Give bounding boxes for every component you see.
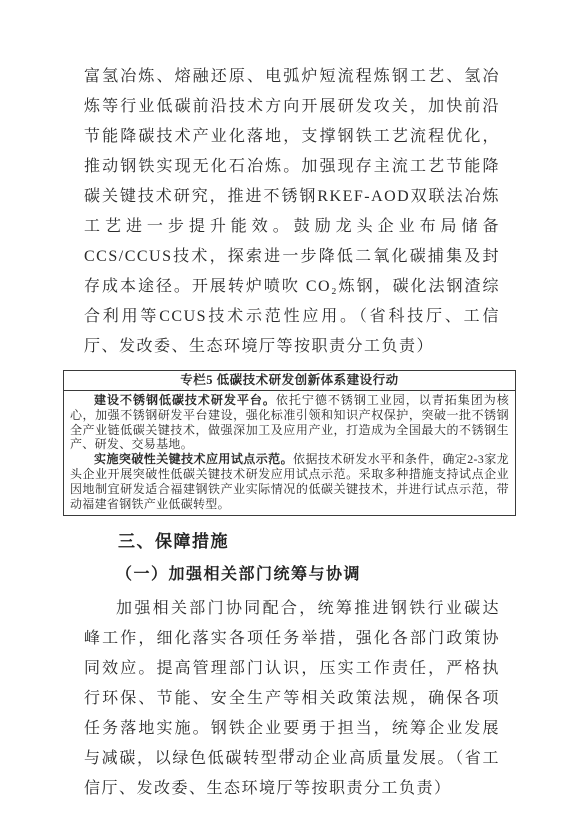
subsection-heading-coordination: （一）加强相关部门统筹与协调 xyxy=(84,564,500,586)
paragraph-lowcarbon-tech-research: 富氢冶炼、熔融还原、电弧炉短流程炼钢工艺、氢冶炼等行业低碳前沿技术方向开展研发攻… xyxy=(84,62,500,362)
callout-paragraph-pilot-lead: 实施突破性关键技术应用试点示范。 xyxy=(94,452,293,466)
callout-paragraph-platform-lead: 建设不锈钢低碳技术研发平台。 xyxy=(94,393,276,407)
callout-box-title: 专栏5 低碳技术研发创新体系建设行动 xyxy=(64,371,515,391)
document-page: 富氢冶炼、熔融还原、电弧炉短流程炼钢工艺、氢冶炼等行业低碳前沿技术方向开展研发攻… xyxy=(0,0,578,818)
section-heading-safeguards: 三、保障措施 xyxy=(84,531,500,553)
callout-paragraph-pilot: 实施突破性关键技术应用试点示范。依据技术研发水平和条件，确定2-3家龙头企业开展… xyxy=(70,452,509,511)
callout-paragraph-platform: 建设不锈钢低碳技术研发平台。依托宁德不锈钢工业园，以青拓集团为核心，加强不锈钢研… xyxy=(70,393,509,452)
paragraph-department-coordination: 加强相关部门协同配合，统筹推进钢铁行业碳达峰工作，细化落实各项任务举措，强化各部… xyxy=(84,594,500,804)
callout-box-column5: 专栏5 低碳技术研发创新体系建设行动 建设不锈钢低碳技术研发平台。依托宁德不锈钢… xyxy=(63,370,516,516)
page-number: 12 xyxy=(0,746,578,758)
callout-box-body: 建设不锈钢低碳技术研发平台。依托宁德不锈钢工业园，以青拓集团为核心，加强不锈钢研… xyxy=(64,391,515,515)
